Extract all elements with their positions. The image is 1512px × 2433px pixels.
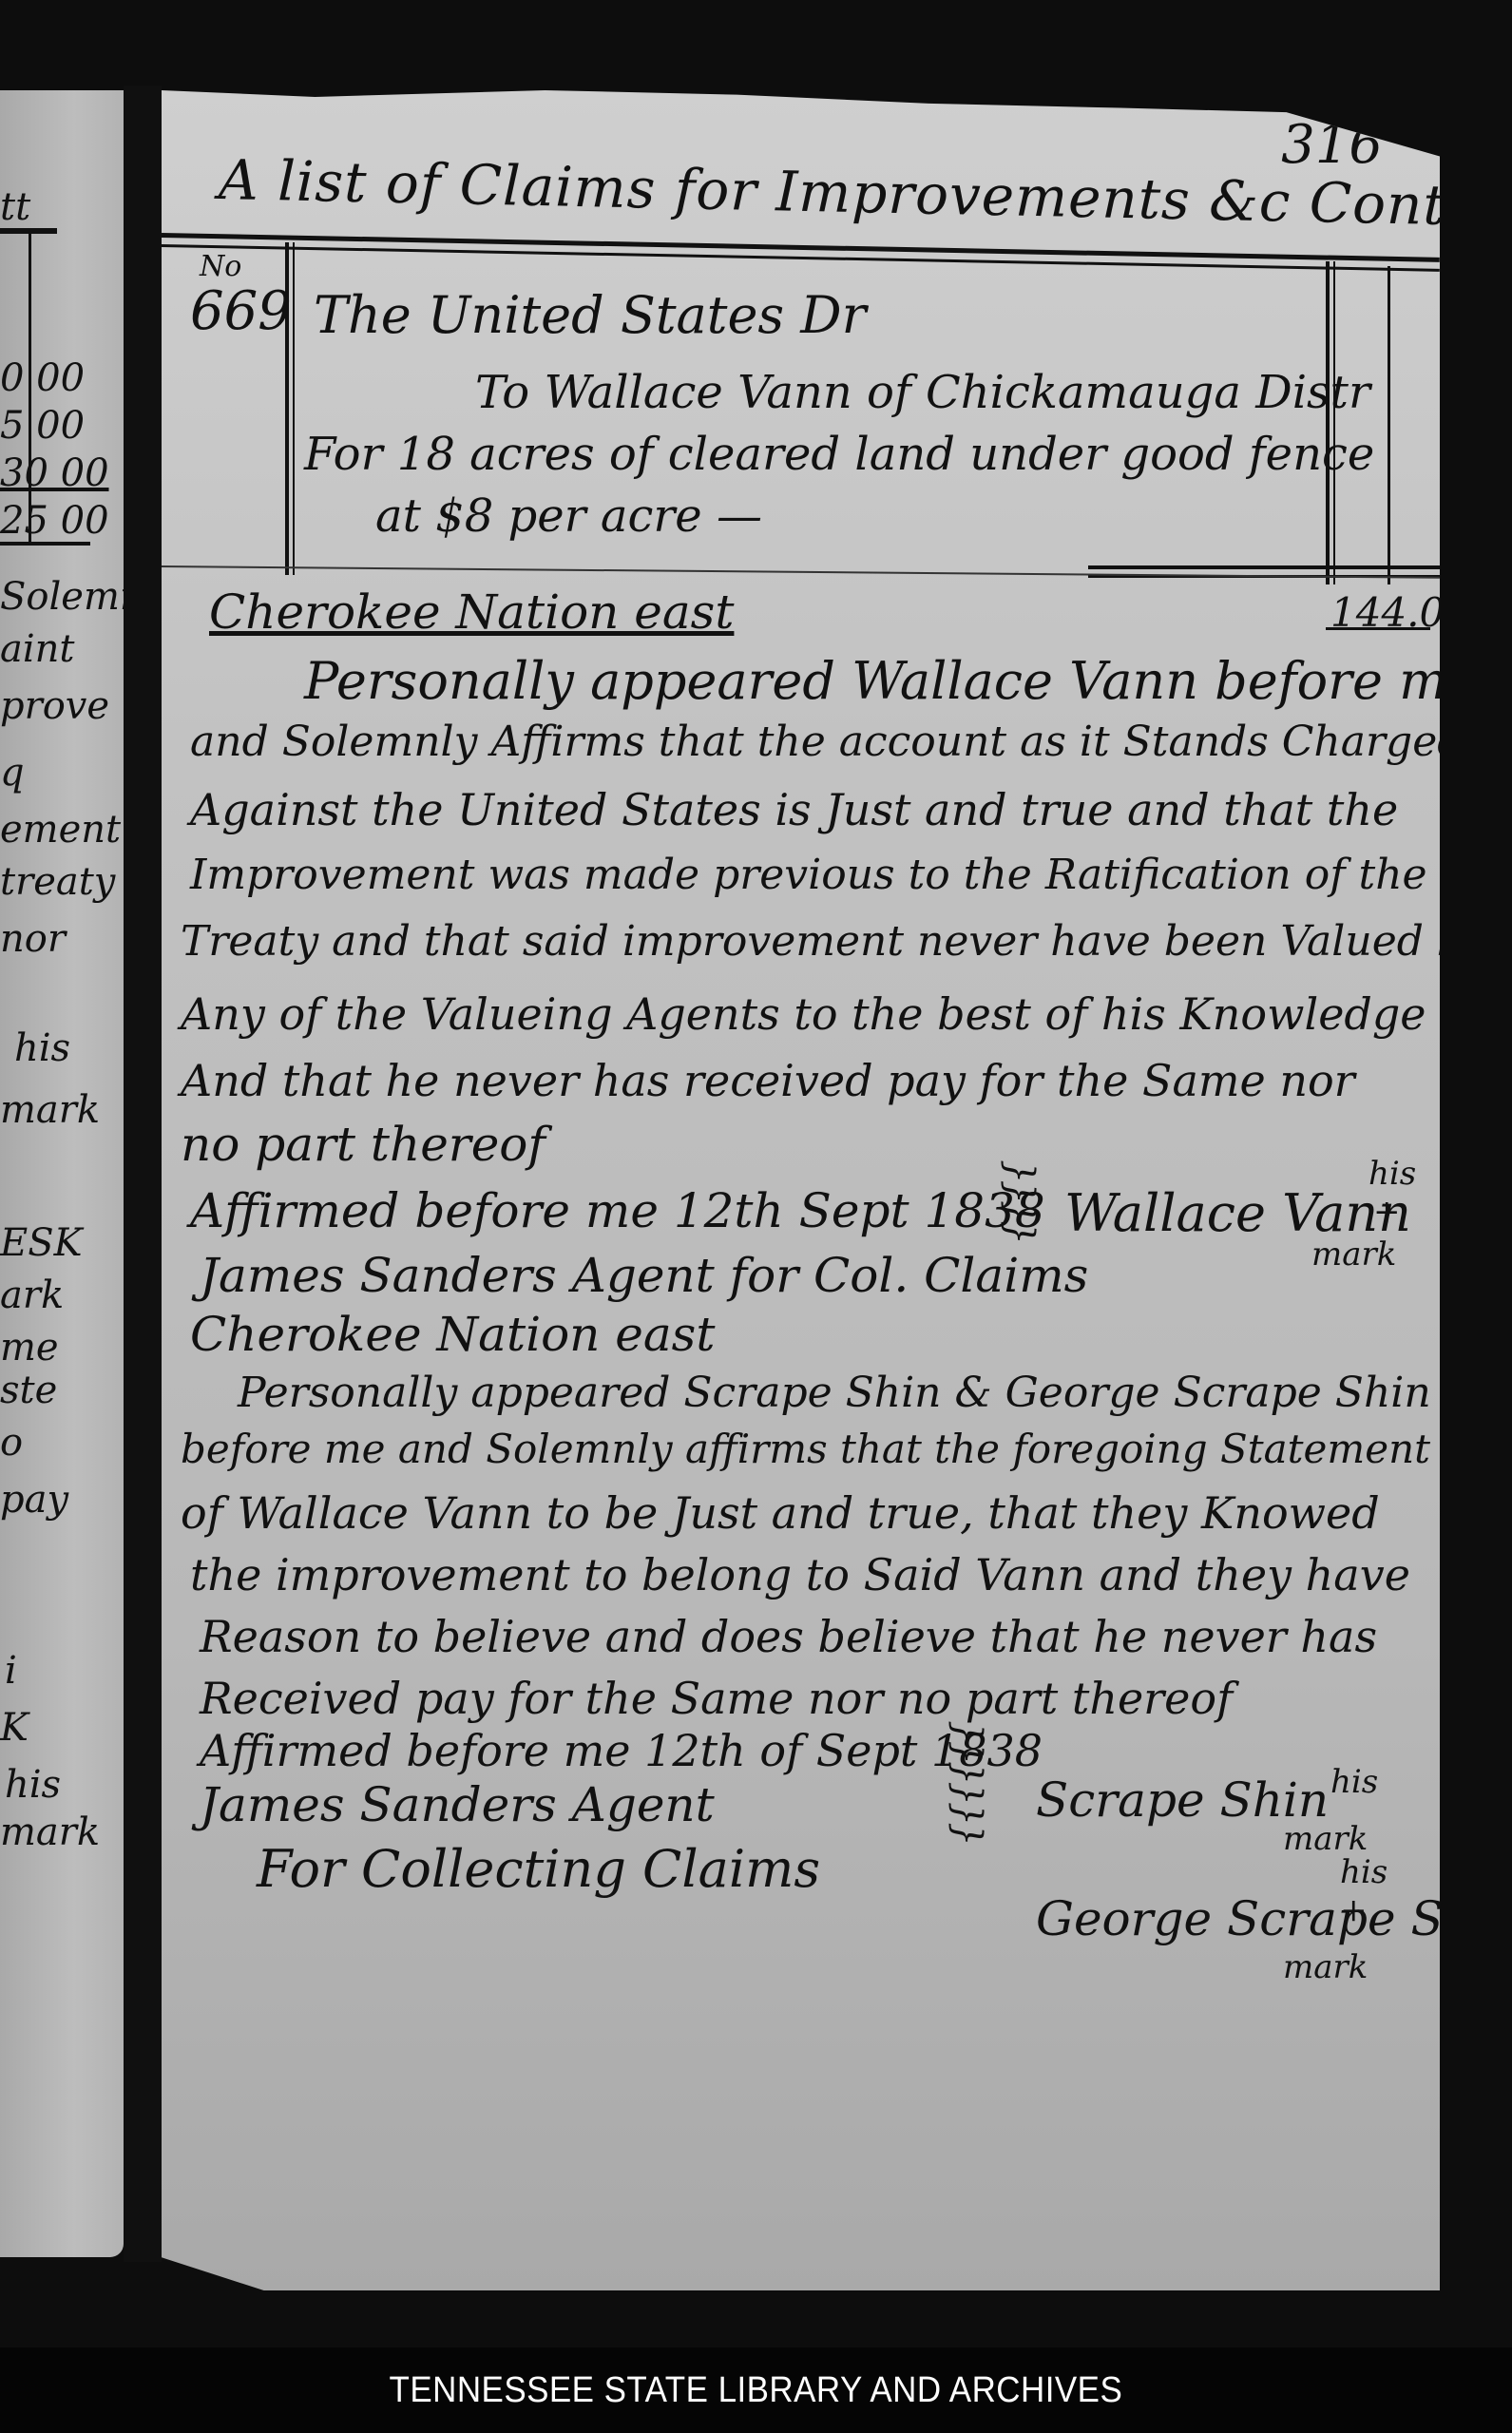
entry-amount: 144.00	[1330, 589, 1470, 636]
left-fragment: me	[0, 1326, 59, 1370]
amount-column-line	[1333, 261, 1335, 584]
entry-number: 669	[190, 280, 292, 342]
affidavit-1-line: Against the United States is Just and tr…	[190, 784, 1398, 835]
left-fragment: tt	[0, 185, 30, 229]
affidavit-2-signatory-1-his: his	[1330, 1763, 1378, 1801]
signature-bracket: }}}}	[998, 1159, 1042, 1241]
affidavit-1-affirmed: Affirmed before me 12th Sept 1838	[190, 1183, 1045, 1238]
left-fragment: i	[5, 1649, 17, 1693]
left-fragment: ESK	[0, 1221, 82, 1265]
affidavit-1-heading: Cherokee Nation east	[209, 584, 734, 640]
amount-column-line	[1326, 261, 1330, 584]
left-fragment: aint	[0, 627, 74, 671]
amount-column-line	[1388, 266, 1390, 584]
left-fragment: 0 00	[0, 356, 85, 400]
left-fragment: mark	[0, 1088, 100, 1132]
left-fragment: his	[5, 1763, 61, 1807]
ledger-page: A list of Claims for Improvements &c Con…	[162, 90, 1440, 2290]
entry-payer: The United States Dr	[314, 285, 866, 345]
affidavit-2-heading: Cherokee Nation east	[190, 1307, 715, 1362]
affidavit-1-agent: James Sanders Agent for Col. Claims	[200, 1248, 1088, 1303]
left-fragment: his	[14, 1026, 70, 1070]
affidavit-1-mark: mark	[1311, 1236, 1396, 1274]
affidavit-2-signatory-2: George Scrape Shin	[1036, 1891, 1512, 1946]
archive-footer-banner: TENNESSEE STATE LIBRARY AND ARCHIVES	[0, 2347, 1512, 2433]
left-fragment: treaty	[0, 860, 115, 904]
affidavit-2-agent-role: For Collecting Claims	[257, 1839, 820, 1899]
entry-rate: at $8 per acre —	[375, 489, 762, 543]
left-fragment: nor	[0, 917, 66, 961]
left-fragment: K	[0, 1706, 29, 1750]
affidavit-2-line: Reason to believe and does believe that …	[200, 1611, 1377, 1662]
left-fragment: pay	[0, 1478, 68, 1522]
signature-bracket: }}}}}}	[946, 1720, 989, 1843]
left-fragment: ste	[0, 1369, 57, 1412]
affidavit-2-line: before me and Solemnly affirms that the …	[181, 1426, 1430, 1472]
left-facing-page: tt 0 00 5 00 30 00 25 00 Solemnly aint p…	[0, 90, 124, 2257]
affidavit-1-signatory: Wallace Vann	[1064, 1183, 1411, 1243]
affidavit-1-his: his	[1368, 1155, 1416, 1193]
affidavit-1-line: no part thereof	[181, 1117, 545, 1172]
affidavit-2-line: of Wallace Vann to be Just and true, tha…	[181, 1487, 1380, 1539]
left-fragment: 5 00	[0, 404, 85, 448]
entry-payee: To Wallace Vann of Chickamauga Distr	[475, 366, 1370, 419]
entry-description: For 18 acres of cleared land under good …	[304, 428, 1374, 481]
affidavit-1-mark-symbol: +	[1373, 1193, 1401, 1231]
left-fragment: 25 00	[0, 499, 109, 543]
entry-column-line	[293, 242, 295, 575]
affidavit-1-line: And that he never has received pay for t…	[181, 1055, 1355, 1106]
affidavit-2-line: Personally appeared Scrape Shin & George…	[238, 1369, 1431, 1417]
left-fragment: 30 00	[0, 451, 109, 495]
entry-number-label: No	[200, 250, 241, 283]
affidavit-2-signatory-2-his: his	[1340, 1853, 1388, 1891]
left-fragment: o	[0, 1421, 23, 1465]
affidavit-1-line: Personally appeared Wallace Vann before …	[304, 651, 1478, 711]
affidavit-2-signatory-2-mark-symbol: +	[1340, 1891, 1368, 1929]
entry-bottom-rule	[1088, 565, 1440, 569]
archive-credit: TENNESSEE STATE LIBRARY AND ARCHIVES	[390, 2370, 1123, 2411]
affidavit-1-line: Any of the Valueing Agents to the best o…	[181, 988, 1426, 1040]
left-fragment: ark	[0, 1274, 64, 1317]
affidavit-2-line: the improvement to belong to Said Vann a…	[190, 1549, 1410, 1600]
affidavit-1-line: and Solemnly Affirms that the account as…	[190, 718, 1464, 766]
left-fragment: q	[0, 751, 25, 795]
affidavit-2-affirmed: Affirmed before me 12th of Sept 1838	[200, 1725, 1043, 1776]
affidavit-2-signatory-2-mark: mark	[1283, 1948, 1368, 1986]
left-rule	[0, 542, 90, 546]
left-fragment: prove	[0, 684, 109, 728]
left-fragment: ement	[0, 808, 121, 852]
affidavit-1-line: Treaty and that said improvement never h…	[181, 917, 1487, 966]
affidavit-2-agent: James Sanders Agent	[200, 1777, 715, 1832]
affidavit-1-line: Improvement was made previous to the Rat…	[190, 851, 1427, 899]
affidavit-2-signatory-1-mark: mark	[1283, 1820, 1368, 1858]
left-fragment: mark	[0, 1810, 100, 1854]
affidavit-2-line: Received pay for the Same nor no part th…	[200, 1673, 1233, 1724]
book-gutter	[124, 86, 162, 2262]
scan-background: tt 0 00 5 00 30 00 25 00 Solemnly aint p…	[0, 0, 1512, 2347]
page-number: 316	[1281, 114, 1383, 176]
